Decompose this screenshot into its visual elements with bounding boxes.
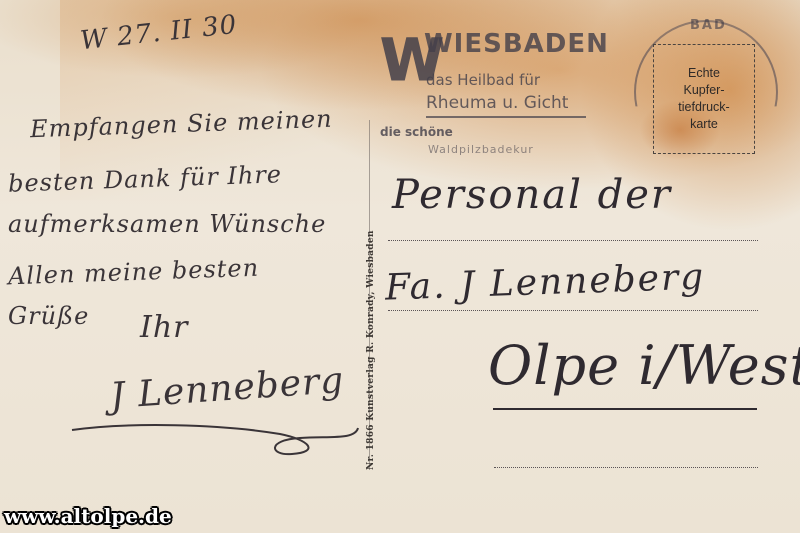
message-line: Allen meine besten: [8, 254, 260, 291]
publisher-imprint: Nr. 1866 Kunstverlag R. Konrady, Wiesbad…: [366, 230, 376, 470]
message-line: Empfangen Sie meinen: [30, 105, 333, 144]
stamp-placeholder-box: Echte Kupfer- tiefdruck- karte: [653, 44, 755, 154]
address-line-1: Personal der: [392, 172, 672, 218]
postmark-line: Waldpilzbadekur: [428, 143, 534, 156]
message-line: Grüße: [8, 302, 89, 330]
message-line: aufmerksamen Wünsche: [8, 210, 326, 238]
message-line: besten Dank für Ihre: [8, 160, 283, 198]
postmark-city: WIESBADEN: [424, 29, 609, 59]
postmark-line: die schöne: [380, 125, 453, 139]
stamp-box-line: tiefdruck-: [678, 99, 729, 116]
address-dotted-line: [494, 467, 758, 468]
postmark-partial-text: BAD: [690, 18, 727, 33]
stamp-box-line: Kupfer-: [684, 82, 725, 99]
address-underline: [493, 408, 757, 410]
slogan-postmark: W WIESBADEN das Heilbad für Rheuma u. Gi…: [380, 25, 600, 165]
postmark-line: Rheuma u. Gicht: [426, 93, 568, 113]
address-dotted-line: [388, 240, 758, 241]
signature: J Lenneberg: [109, 360, 346, 417]
signature-flourish-icon: [70, 418, 360, 458]
address-line-2: Fa. J Lenneberg: [384, 256, 705, 308]
postcard-back: W 27. II 30 Empfangen Sie meinen besten …: [0, 0, 800, 533]
website-watermark: www.altolpe.de: [4, 504, 172, 528]
stamp-box-line: karte: [690, 116, 718, 133]
handwritten-date: W 27. II 30: [79, 10, 239, 56]
stamp-box-line: Echte: [688, 65, 720, 82]
address-dotted-line: [388, 310, 758, 311]
message-closing: Ihr: [140, 310, 189, 345]
address-line-3: Olpe i/Westf.: [488, 334, 800, 397]
postmark-rule: [426, 116, 586, 118]
postmark-line: das Heilbad für: [426, 71, 540, 89]
